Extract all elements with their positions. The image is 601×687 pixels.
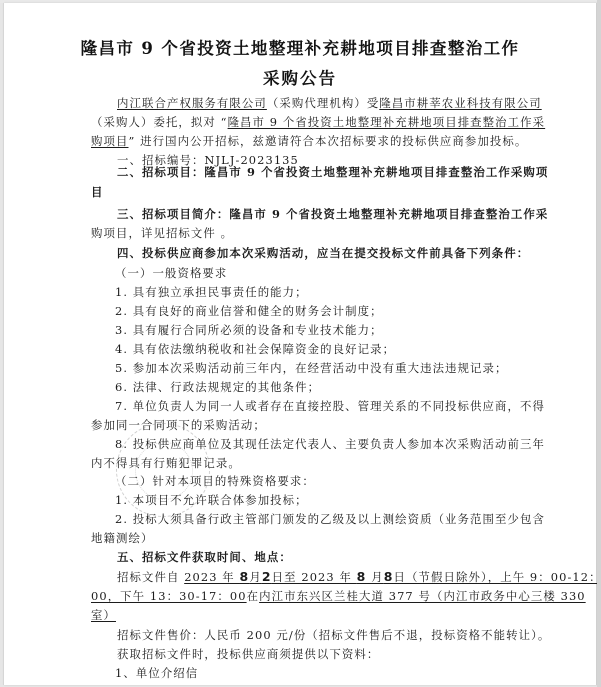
general-item-8: 8. 投标供应商单位及其现任法定代表人、主要负责人参加本次采购活动前三年 xyxy=(115,436,545,452)
section-project-intro-line1: 三、招标项目简介：隆昌市 9 个省投资土地整理补充耕地项目排查整治工作采 xyxy=(117,206,548,222)
handwritten-day-end: 8 xyxy=(384,569,394,584)
general-item-1: 1. 具有独立承担民事责任的能力； xyxy=(115,284,308,300)
section-project-intro-line2: 购项目，详见招标文件 。 xyxy=(91,225,233,241)
general-item-4: 4. 具有依法缴纳税收和社会保障资金的良好记录； xyxy=(115,341,395,357)
materials-item-1: 1、单位介绍信 xyxy=(115,665,198,681)
document-price: 招标文件售价：人民币 200 元/份（招标文件售后不退，投标资格不能转让）。 xyxy=(117,627,550,643)
intro-line3: 购项目” 进行国内公开招标，兹邀请符合本次招标要求的投标供应商参加投标。 xyxy=(91,133,527,149)
special-item-1: 1. 本项目不允许联合体参加投标； xyxy=(115,492,308,508)
general-item-5: 5. 参加本次采购活动前三年内，在经营活动中没有重大违法违规记录； xyxy=(115,360,508,376)
document-page: 隆昌市 9 个省投资土地整理补充耕地项目排查整治工作 采购公告 内江联合产权服务… xyxy=(3,3,597,685)
special-item-2: 2. 投标人须具备行政主管部门颁发的乙级及以上测绘资质（业务范围至少包含 xyxy=(115,511,545,527)
obtain-period: 2023 年 8月2日至 2023 年 8 月8日（节假日除外），上午 9：00… xyxy=(184,570,601,584)
document-title-line2: 采购公告 xyxy=(4,65,596,89)
general-requirements-heading: （一）一般资格要求 xyxy=(115,265,227,281)
materials-heading: 获取招标文件时，投标供应商须提供以下资料： xyxy=(117,646,379,662)
intro-line2: （采购人）委托，拟对 “隆昌市 9 个省投资土地整理补充耕地项目排查整治工作采 xyxy=(91,114,545,130)
special-item-2-cont: 地籍测绘） xyxy=(91,530,153,546)
section-conditions-heading: 四、投标供应商参加本次采购活动，应当在提交投标文件前具备下列条件： xyxy=(117,245,529,261)
obtain-address: 内江市东兴区兰桂大道 377 号（内江市政务中心三楼 330 xyxy=(259,589,586,603)
purchaser-name: 隆昌市耕莘农业科技有限公司 xyxy=(379,96,541,110)
general-item-6: 6. 法律、行政法规规定的其他条件； xyxy=(115,379,320,395)
obtain-line3: 室） xyxy=(91,607,116,623)
obtain-time: 00，下午 13：30-17：00 xyxy=(91,589,247,603)
section-bid-project-line1: 二、招标项目：隆昌市 9 个省投资土地整理补充耕地项目排查整治工作采购项 xyxy=(117,164,548,180)
handwritten-day-start: 2 xyxy=(262,569,272,584)
agency-role: （采购代理机构）受 xyxy=(267,96,379,110)
agency-name: 内江联合产权服务有限公司 xyxy=(117,96,267,110)
project-name-end: 购项目 xyxy=(91,134,128,148)
general-item-2: 2. 具有良好的商业信誉和健全的财务会计制度； xyxy=(115,303,383,319)
general-item-7-cont: 参加同一合同项下的采购活动； xyxy=(91,417,266,433)
general-item-3: 3. 具有履行合同所必须的设备和专业技术能力； xyxy=(115,322,383,338)
special-requirements-heading: （二）针对本项目的特殊资格要求： xyxy=(115,473,315,489)
general-item-7: 7. 单位负责人为同一人或者存在直接控股、管理关系的不同投标供应商，不得 xyxy=(115,398,545,414)
obtain-line2: 00，下午 13：30-17：00在内江市东兴区兰桂大道 377 号（内江市政务… xyxy=(91,588,586,604)
obtain-line1: 招标文件自 2023 年 8月2日至 2023 年 8 月8日（节假日除外），上… xyxy=(117,569,601,585)
section-obtain-heading: 五、招标文件获取时间、地点： xyxy=(117,549,292,565)
intro-line1: 内江联合产权服务有限公司（采购代理机构）受隆昌市耕莘农业科技有限公司 xyxy=(117,95,542,111)
section-bid-project-line2: 目 xyxy=(91,184,104,200)
handwritten-month-start: 8 xyxy=(240,569,250,584)
viewer-scrollbar-edge xyxy=(597,0,601,687)
general-item-8-cont: 内不得具有行贿犯罪记录。 xyxy=(91,455,241,471)
obtain-address-end: 室） xyxy=(91,608,116,622)
document-title-line1: 隆昌市 9 个省投资土地整理补充耕地项目排查整治工作 xyxy=(4,35,596,59)
project-name: 隆昌市 9 个省投资土地整理补充耕地项目排查整治工作采 xyxy=(228,115,546,129)
handwritten-month-end: 8 xyxy=(357,569,367,584)
